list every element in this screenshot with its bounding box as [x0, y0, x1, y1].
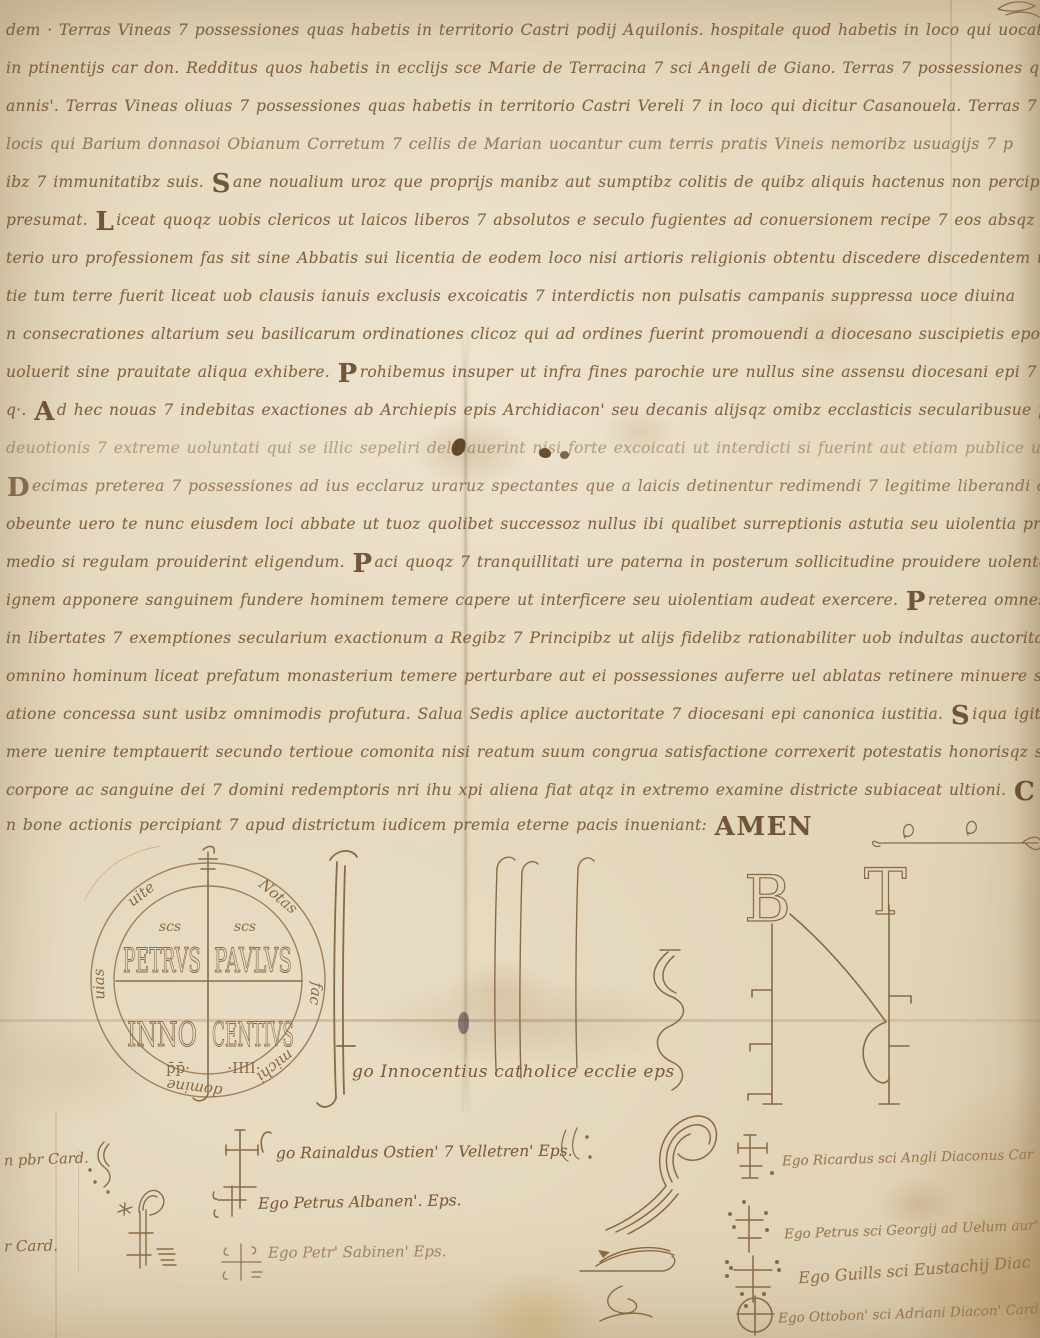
monogram-letter-t: T — [864, 856, 907, 930]
rota-legend-word: uias — [89, 968, 108, 1000]
right-loop-paraph — [606, 1116, 716, 1234]
rota-legend-word: domine — [165, 1076, 223, 1101]
signature-cross-sabinensis-icon — [222, 1244, 262, 1280]
signature-left-2: r Card. — [4, 1237, 58, 1256]
left-p-paraph — [118, 1190, 176, 1268]
bottom-s-paraph — [600, 1286, 652, 1321]
bene-valete-monogram: B T — [744, 856, 911, 1104]
signature-rainaldus: go Rainaldus Ostien' 7 Velletren' Eps. — [276, 1142, 573, 1163]
signature-cross-albanensis-icon — [213, 1186, 246, 1217]
monogram-letter-b: B — [744, 863, 791, 937]
right-hat-paraph — [580, 1248, 675, 1271]
hand-drawn-overlay: scs scs PETRVS PAVLVS INNO CENTIVS p̄p̄·… — [0, 0, 1040, 1338]
signature-petrus-sabinensis: Ego Petr' Sabinen' Eps. — [268, 1242, 447, 1262]
rota-legend-word: fac — [306, 980, 327, 1007]
parchment-charter: dem · Terras Vineas 7 possessiones quas … — [0, 0, 1040, 1338]
corner-flourish — [998, 2, 1039, 17]
signature-petrus-albanensis: Ego Petrus Albanen'. Eps. — [258, 1191, 462, 1213]
rota-scs-left: scs — [159, 919, 181, 935]
signature-cross-georgii-icon — [729, 1201, 768, 1252]
rota-top-cross-finial — [199, 846, 217, 882]
rota-quadrant-paulus: PAVLVS — [214, 941, 292, 981]
signature-cross-eustachii-icon — [726, 1256, 781, 1307]
signature-circle-cross-ottobonus-icon — [737, 1296, 774, 1335]
papal-subscription: go Innocentius catholice ecclie eps — [352, 1062, 675, 1082]
rota-quadrant-centius: CENTIVS — [212, 1015, 294, 1055]
papal-rota-icon: scs scs PETRVS PAVLVS INNO CENTIVS p̄p̄·… — [85, 846, 326, 1101]
rota-legend-word: uite — [124, 878, 158, 910]
elongated-E-stroke — [317, 851, 357, 1107]
rota-pp-label: p̄p̄· — [166, 1059, 190, 1077]
rota-quadrant-petrus: PETRVS — [123, 941, 201, 981]
left-s-paraph — [89, 1142, 110, 1193]
rota-legend-word: Notas — [254, 874, 301, 917]
rota-quadrant-inno: INNO — [127, 1015, 197, 1055]
amen-line-flourish — [873, 821, 1040, 849]
rota-scs-right: scs — [234, 919, 256, 935]
signature-left-1: n pbr Card. — [4, 1151, 89, 1170]
signature-cross-ricardus-icon — [738, 1135, 773, 1178]
elongated-ascender-strokes — [495, 857, 594, 1078]
